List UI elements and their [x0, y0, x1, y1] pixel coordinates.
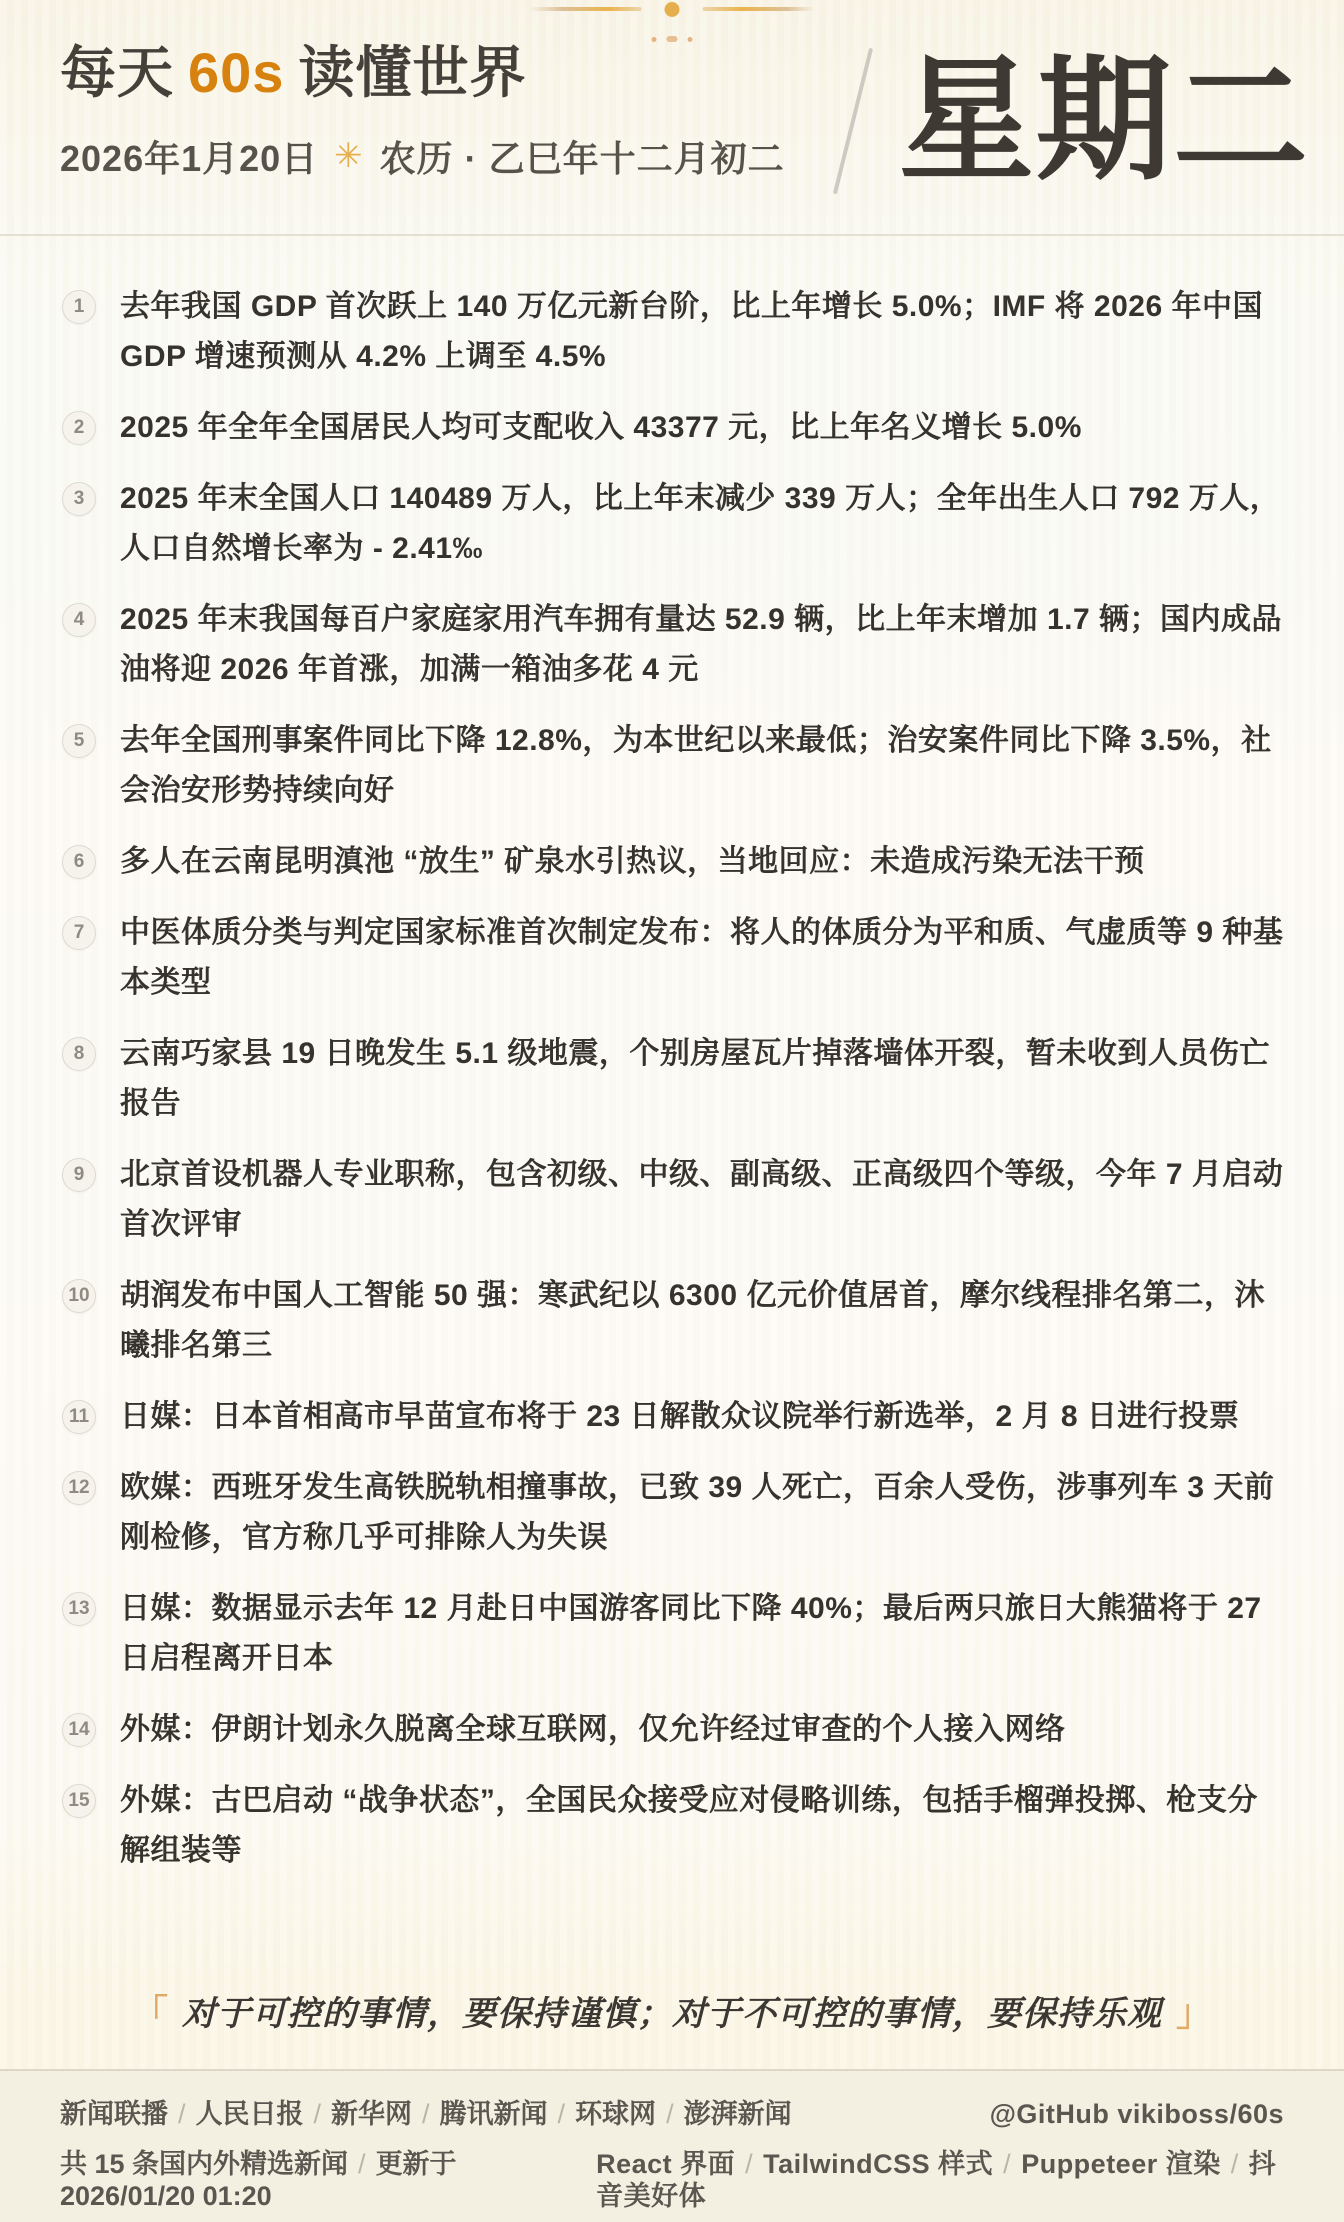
news-item-text: 欧媒：西班牙发生高铁脱轨相撞事故，已致 39 人死亡，百余人受伤，涉事列车 3 …	[120, 1463, 1286, 1563]
news-item-text: 外媒：伊朗计划永久脱离全球互联网，仅允许经过审查的个人接入网络	[120, 1705, 1286, 1755]
tech-stack-item: React 界面	[596, 2149, 735, 2179]
footer-tech: React 界面/TailwindCSS 样式/Puppeteer 渲染/抖音美…	[596, 2148, 1284, 2212]
lunar-date: 农历 · 乙巳年十二月初二	[380, 131, 785, 182]
header-right: 星期二	[851, 46, 1310, 196]
news-item-number-badge: 10	[62, 1279, 96, 1313]
title-prefix: 每天	[60, 41, 174, 104]
news-item-text: 多人在云南昆明滇池 “放生” 矿泉水引热议，当地回应：未造成污染无法干预	[120, 837, 1286, 887]
news-item-text: 云南巧家县 19 日晚发生 5.1 级地震，个别房屋瓦片掉落墙体开裂，暂未收到人…	[120, 1029, 1286, 1129]
news-item: 14 外媒：伊朗计划永久脱离全球互联网，仅允许经过审查的个人接入网络	[62, 1705, 1286, 1755]
news-item-text: 日媒：数据显示去年 12 月赴日中国游客同比下降 40%；最后两只旅日大熊猫将于…	[120, 1584, 1286, 1684]
header: 每天60s读懂世界 2026年1月20日 ✳ 农历 · 乙巳年十二月初二 星期二	[0, 0, 1344, 236]
title-suffix: 读懂世界	[298, 41, 526, 104]
header-left: 每天60s读懂世界 2026年1月20日 ✳ 农历 · 乙巳年十二月初二	[60, 44, 785, 182]
news-item-text: 日媒：日本首相高市早苗宣布将于 23 日解散众议院举行新选举，2 月 8 日进行…	[120, 1392, 1286, 1442]
news-item-text: 外媒：古巴启动 “战争状态”，全国民众接受应对侵略训练，包括手榴弹投掷、枪支分解…	[120, 1776, 1286, 1876]
separator: /	[1003, 2149, 1011, 2179]
news-card: 每天60s读懂世界 2026年1月20日 ✳ 农历 · 乙巳年十二月初二 星期二…	[0, 0, 1344, 2222]
footer-sources: 新闻联播/人民日报/新华网/腾讯新闻/环球网/澎湃新闻	[60, 2098, 792, 2130]
news-item-number-badge: 15	[62, 1784, 96, 1818]
news-item: 12 欧媒：西班牙发生高铁脱轨相撞事故，已致 39 人死亡，百余人受伤，涉事列车…	[62, 1463, 1286, 1563]
footer-meta-item: 共 15 条国内外精选新闻	[60, 2149, 348, 2179]
news-item-text: 去年全国刑事案件同比下降 12.8%，为本世纪以来最低；治安案件同比下降 3.5…	[120, 716, 1286, 816]
news-list-section: 1 去年我国 GDP 首次跃上 140 万亿元新台阶，比上年增长 5.0%；IM…	[0, 236, 1344, 1951]
news-item-number-badge: 2	[62, 411, 96, 445]
news-item: 2 2025 年全年全国居民人均可支配收入 43377 元，比上年名义增长 5.…	[62, 403, 1286, 453]
news-list: 1 去年我国 GDP 首次跃上 140 万亿元新台阶，比上年增长 5.0%；IM…	[62, 282, 1286, 1876]
daily-quote: 「对于可控的事情，要保持谨慎；对于不可控的事情，要保持乐观」	[0, 1951, 1344, 2069]
news-source: 新华网	[331, 2099, 412, 2129]
quote-text: 对于可控的事情，要保持谨慎；对于不可控的事情，要保持乐观	[182, 1995, 1162, 2033]
date-row: 2026年1月20日 ✳ 农历 · 乙巳年十二月初二	[60, 131, 785, 182]
separator: /	[178, 2099, 186, 2129]
news-item-text: 中医体质分类与判定国家标准首次制定发布：将人的体质分为平和质、气虚质等 9 种基…	[120, 908, 1286, 1008]
separator: /	[558, 2099, 566, 2129]
weekday-label: 星期二	[899, 47, 1310, 196]
news-source: 新闻联播	[60, 2099, 168, 2129]
separator: /	[422, 2099, 430, 2129]
news-source: 腾讯新闻	[440, 2099, 548, 2129]
news-item-text: 胡润发布中国人工智能 50 强：寒武纪以 6300 亿元价值居首，摩尔线程排名第…	[120, 1271, 1286, 1371]
news-item-number-badge: 8	[62, 1037, 96, 1071]
news-item-number-badge: 9	[62, 1158, 96, 1192]
quote-close-bracket-icon: 」	[1176, 1992, 1212, 2033]
news-item-number-badge: 4	[62, 603, 96, 637]
footer: 新闻联播/人民日报/新华网/腾讯新闻/环球网/澎湃新闻 @GitHub viki…	[0, 2069, 1344, 2222]
news-item-number-badge: 3	[62, 482, 96, 516]
page-title: 每天60s读懂世界	[60, 44, 785, 103]
news-item-number-badge: 5	[62, 724, 96, 758]
news-item-text: 2025 年全年全国居民人均可支配收入 43377 元，比上年名义增长 5.0%	[120, 403, 1286, 453]
github-handle: @GitHub vikiboss/60s	[990, 2098, 1284, 2130]
separator: /	[745, 2149, 753, 2179]
news-item-number-badge: 7	[62, 916, 96, 950]
news-item: 8 云南巧家县 19 日晚发生 5.1 级地震，个别房屋瓦片掉落墙体开裂，暂未收…	[62, 1029, 1286, 1129]
news-item: 13 日媒：数据显示去年 12 月赴日中国游客同比下降 40%；最后两只旅日大熊…	[62, 1584, 1286, 1684]
tech-stack-item: TailwindCSS 样式	[763, 2149, 993, 2179]
separator: /	[1231, 2149, 1239, 2179]
news-source: 环球网	[575, 2099, 656, 2129]
news-item-text: 北京首设机器人专业职称，包含初级、中级、副高级、正高级四个等级，今年 7 月启动…	[120, 1150, 1286, 1250]
news-source: 人民日报	[196, 2099, 304, 2129]
news-source: 澎湃新闻	[684, 2099, 792, 2129]
news-item-number-badge: 1	[62, 290, 96, 324]
news-item-number-badge: 6	[62, 845, 96, 879]
quote-open-bracket-icon: 「	[132, 1992, 168, 2033]
news-item: 3 2025 年末全国人口 140489 万人，比上年末减少 339 万人；全年…	[62, 474, 1286, 574]
separator: /	[314, 2099, 322, 2129]
news-item-number-badge: 13	[62, 1592, 96, 1626]
news-item-number-badge: 14	[62, 1713, 96, 1747]
asterisk-icon: ✳	[334, 136, 364, 176]
news-item: 5 去年全国刑事案件同比下降 12.8%，为本世纪以来最低；治安案件同比下降 3…	[62, 716, 1286, 816]
news-item: 1 去年我国 GDP 首次跃上 140 万亿元新台阶，比上年增长 5.0%；IM…	[62, 282, 1286, 382]
title-highlight: 60s	[188, 41, 284, 104]
news-item: 7 中医体质分类与判定国家标准首次制定发布：将人的体质分为平和质、气虚质等 9 …	[62, 908, 1286, 1008]
separator: /	[358, 2149, 366, 2179]
tech-stack-item: Puppeteer 渲染	[1021, 2149, 1221, 2179]
footer-meta: 共 15 条国内外精选新闻/更新于 2026/01/20 01:20	[60, 2148, 596, 2212]
news-item-text: 2025 年末全国人口 140489 万人，比上年末减少 339 万人；全年出生…	[120, 474, 1286, 574]
news-item: 11 日媒：日本首相高市早苗宣布将于 23 日解散众议院举行新选举，2 月 8 …	[62, 1392, 1286, 1442]
news-item: 9 北京首设机器人专业职称，包含初级、中级、副高级、正高级四个等级，今年 7 月…	[62, 1150, 1286, 1250]
news-item-text: 2025 年末我国每百户家庭家用汽车拥有量达 52.9 辆，比上年末增加 1.7…	[120, 595, 1286, 695]
news-item-number-badge: 12	[62, 1471, 96, 1505]
news-item: 10 胡润发布中国人工智能 50 强：寒武纪以 6300 亿元价值居首，摩尔线程…	[62, 1271, 1286, 1371]
gregorian-date: 2026年1月20日	[60, 131, 318, 182]
news-item: 6 多人在云南昆明滇池 “放生” 矿泉水引热议，当地回应：未造成污染无法干预	[62, 837, 1286, 887]
news-item-number-badge: 11	[62, 1400, 96, 1434]
slash-divider-icon	[833, 48, 873, 195]
news-item-text: 去年我国 GDP 首次跃上 140 万亿元新台阶，比上年增长 5.0%；IMF …	[120, 282, 1286, 382]
news-item: 4 2025 年末我国每百户家庭家用汽车拥有量达 52.9 辆，比上年末增加 1…	[62, 595, 1286, 695]
news-item: 15 外媒：古巴启动 “战争状态”，全国民众接受应对侵略训练，包括手榴弹投掷、枪…	[62, 1776, 1286, 1876]
separator: /	[666, 2099, 674, 2129]
